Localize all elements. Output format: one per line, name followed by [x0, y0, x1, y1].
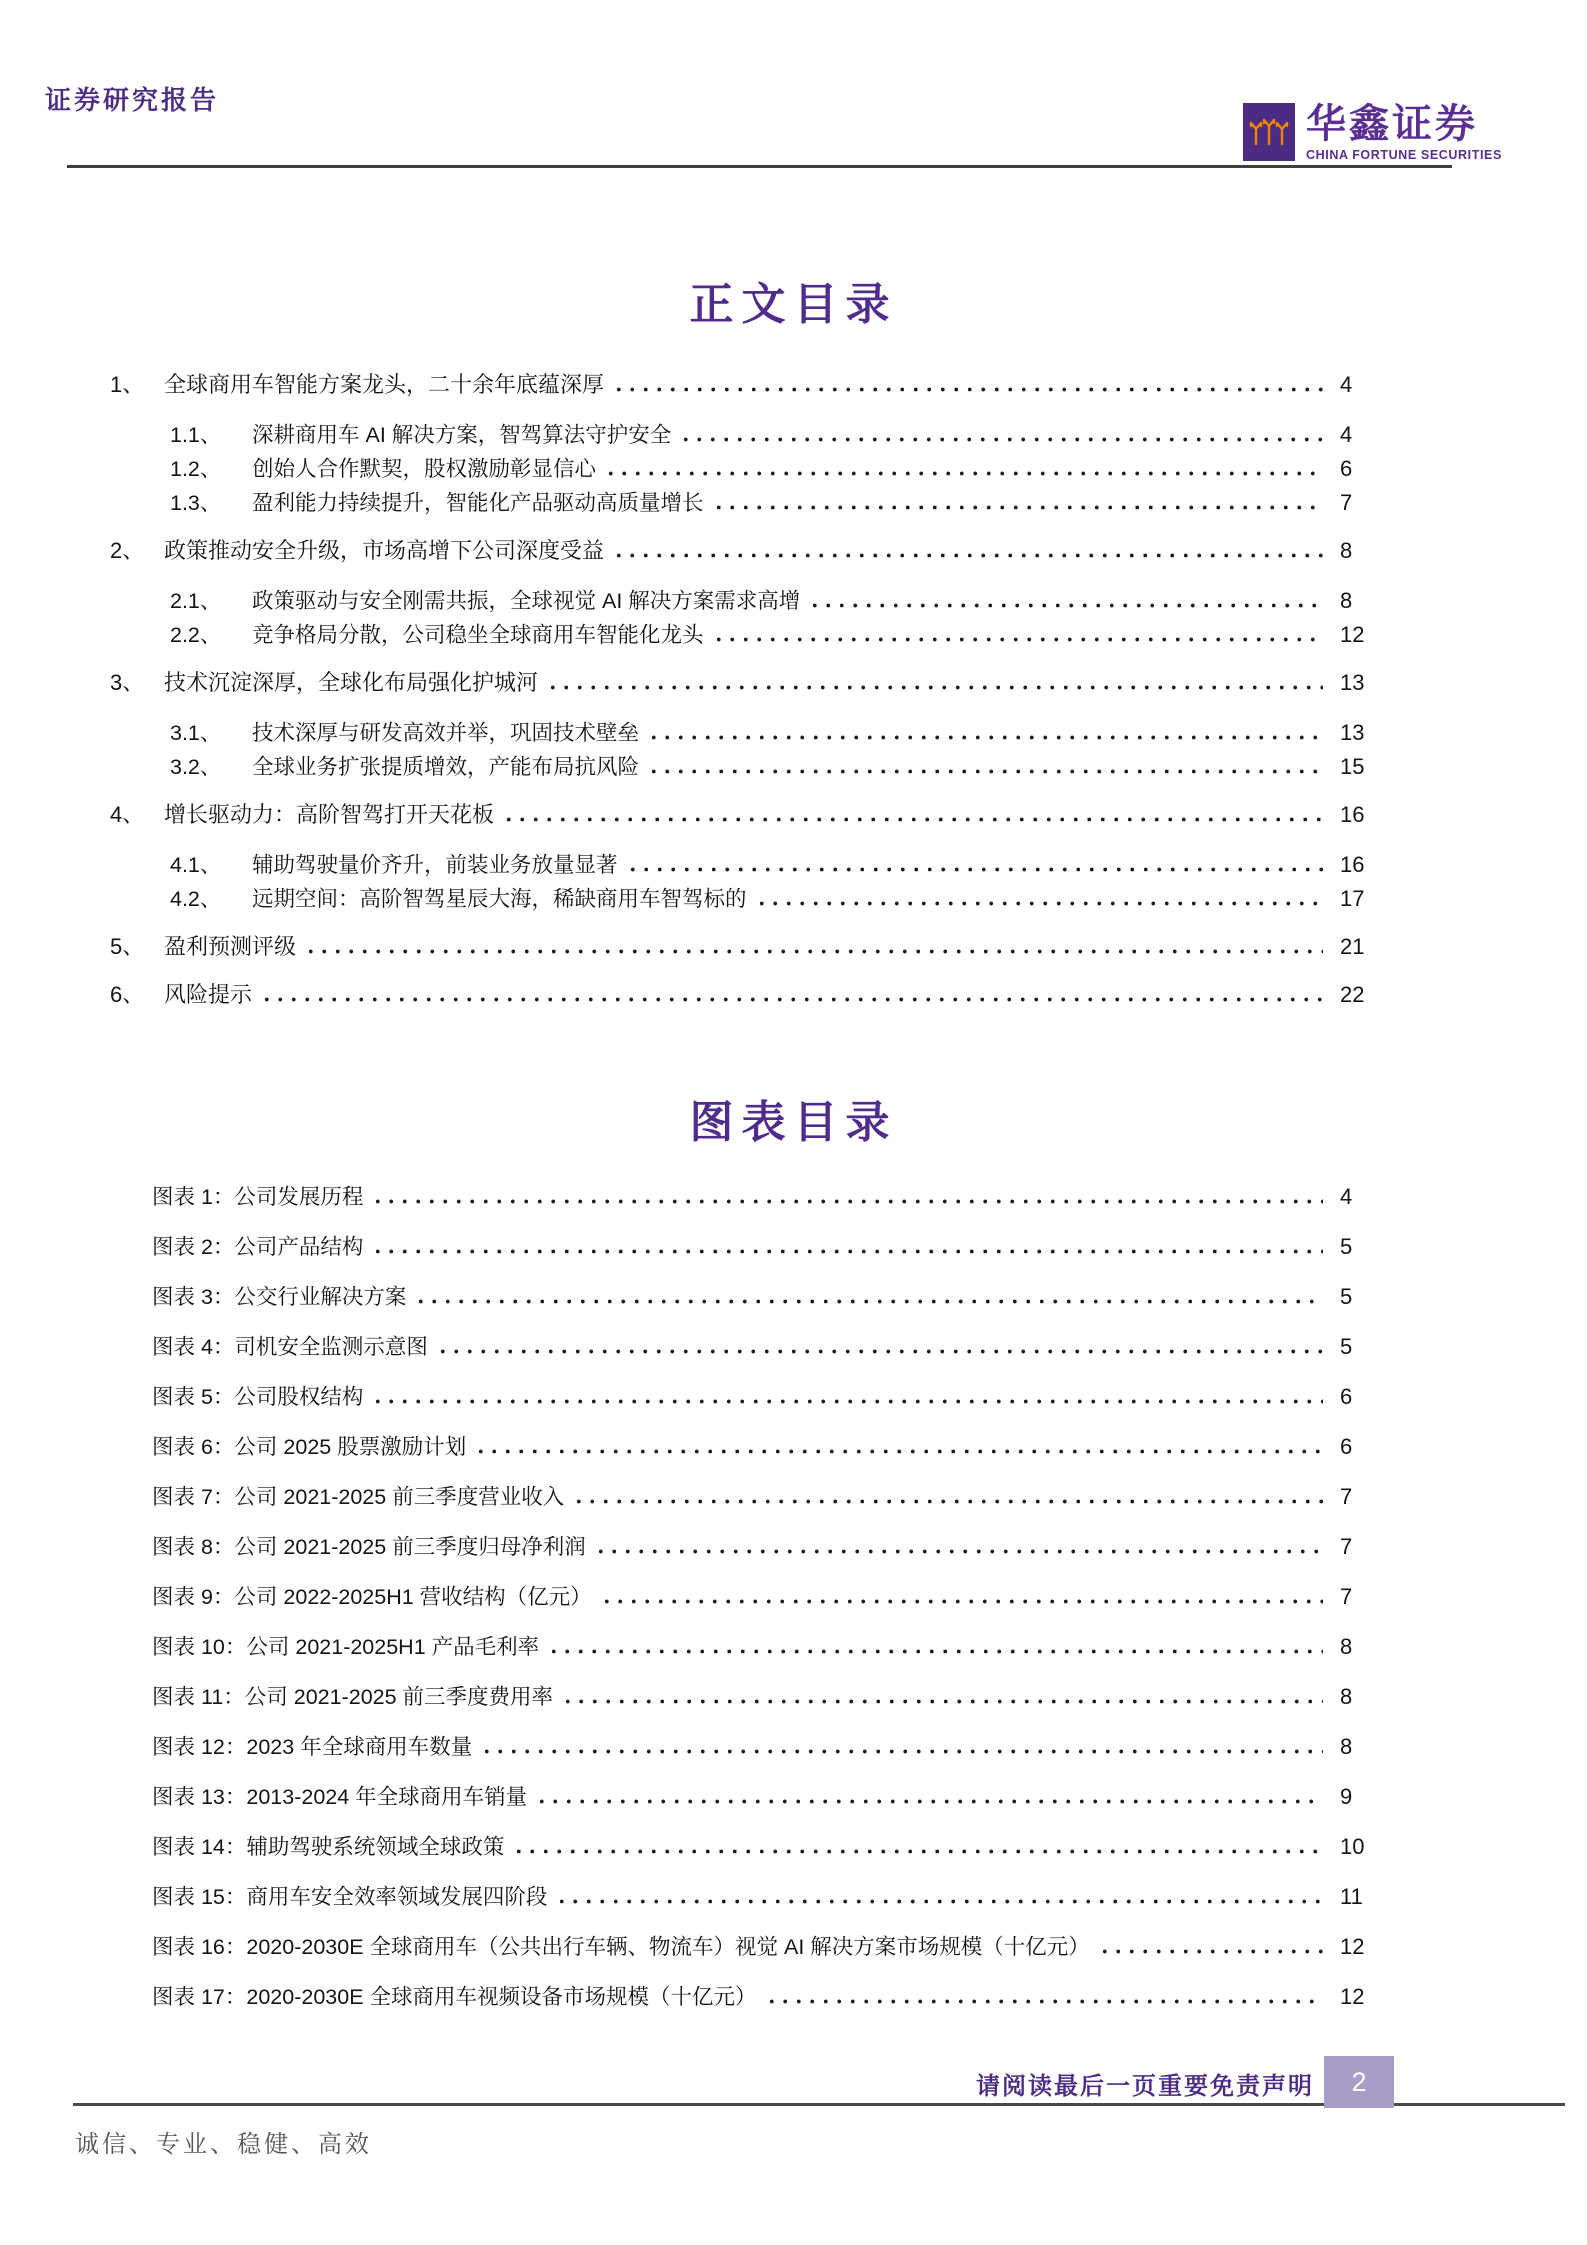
- toc-entry[interactable]: 3.1、 技术深厚与研发高效并举，巩固技术壁垒 13: [110, 718, 1390, 748]
- figure-entry-label: 图表 14：辅助驾驶系统领域全球政策: [152, 1832, 504, 1862]
- figure-entry-page: 6: [1327, 1432, 1390, 1462]
- toc-entry-number: 4.2、: [170, 884, 252, 914]
- figures-title: 图表目录: [0, 1086, 1587, 1150]
- dot-leader: [712, 488, 1323, 518]
- toc-entry[interactable]: 4.2、 远期空间：高阶智驾星辰大海，稀缺商用车智驾标的 17: [110, 884, 1390, 914]
- toc-entry-label: 创始人合作默契，股权激励彰显信心: [252, 454, 596, 484]
- figure-entry-label: 图表 15：商用车安全效率领域发展四阶段: [152, 1882, 547, 1912]
- toc-entry[interactable]: 4、 增长驱动力：高阶智驾打开天花板 16: [110, 800, 1390, 830]
- toc-entry-label: 政策推动安全升级，市场高增下公司深度受益: [164, 536, 604, 566]
- figure-entry[interactable]: 图表 1：公司发展历程 4: [152, 1182, 1390, 1212]
- dot-leader: [502, 800, 1323, 830]
- toc-entry[interactable]: 3、 技术沉淀深厚，全球化布局强化护城河 13: [110, 668, 1390, 698]
- toc-entry-number: 1.3、: [170, 488, 252, 518]
- figure-entry-page: 5: [1327, 1232, 1390, 1262]
- header-rule: [67, 165, 1452, 168]
- toc-entry-label: 竞争格局分散，公司稳坐全球商用车智能化龙头: [252, 620, 704, 650]
- dot-leader: [474, 1432, 1323, 1462]
- figure-entry[interactable]: 图表 11：公司 2021-2025 前三季度费用率 8: [152, 1682, 1390, 1712]
- toc-entry-page: 21: [1327, 932, 1390, 962]
- dot-leader: [414, 1282, 1323, 1312]
- dot-leader: [371, 1382, 1323, 1412]
- dot-leader: [626, 850, 1323, 880]
- toc-entry[interactable]: 4.1、 辅助驾驶量价齐升，前装业务放量显著 16: [110, 850, 1390, 880]
- figure-entry[interactable]: 图表 16：2020-2030E 全球商用车（公共出行车辆、物流车）视觉 AI …: [152, 1932, 1390, 1962]
- toc-entry-label: 风险提示: [164, 980, 252, 1010]
- toc-entry-page: 8: [1327, 536, 1390, 566]
- dot-leader: [647, 718, 1323, 748]
- page-number-badge: 2: [1324, 2056, 1394, 2108]
- dot-leader: [1098, 1932, 1323, 1962]
- toc-entry[interactable]: 2.2、 竞争格局分散，公司稳坐全球商用车智能化龙头 12: [110, 620, 1390, 650]
- dot-leader: [371, 1182, 1323, 1212]
- figure-entry[interactable]: 图表 14：辅助驾驶系统领域全球政策 10: [152, 1832, 1390, 1862]
- dot-leader: [546, 668, 1323, 698]
- figure-entry-page: 4: [1327, 1182, 1390, 1212]
- toc-entry-page: 12: [1327, 620, 1390, 650]
- figure-entry[interactable]: 图表 9：公司 2022-2025H1 营收结构（亿元） 7: [152, 1582, 1390, 1612]
- toc-entry-page: 8: [1327, 586, 1390, 616]
- figure-entry-page: 12: [1327, 1932, 1390, 1962]
- figure-entry[interactable]: 图表 4：司机安全监测示意图 5: [152, 1332, 1390, 1362]
- figure-entry[interactable]: 图表 8：公司 2021-2025 前三季度归母净利润 7: [152, 1532, 1390, 1562]
- toc-entry-page: 15: [1327, 752, 1390, 782]
- dot-leader: [679, 420, 1323, 450]
- figure-entry-page: 5: [1327, 1332, 1390, 1362]
- brand-name-cn: 华鑫证券: [1306, 103, 1502, 145]
- figures-list: 图表 1：公司发展历程 4 图表 2：公司产品结构 5 图表 3：公交行业解决方…: [152, 1162, 1390, 2012]
- report-type-label: 证券研究报告: [45, 80, 219, 117]
- toc-entry-label: 远期空间：高阶智驾星辰大海，稀缺商用车智驾标的: [252, 884, 747, 914]
- toc-entry-label: 增长驱动力：高阶智驾打开天花板: [164, 800, 494, 830]
- figure-entry-label: 图表 7：公司 2021-2025 前三季度营业收入: [152, 1482, 564, 1512]
- toc-entry-number: 3.1、: [170, 718, 252, 748]
- figure-entry[interactable]: 图表 15：商用车安全效率领域发展四阶段 11: [152, 1882, 1390, 1912]
- toc-entry-label: 全球业务扩张提质增效，产能布局抗风险: [252, 752, 639, 782]
- toc-entry[interactable]: 1.3、 盈利能力持续提升，智能化产品驱动高质量增长 7: [110, 488, 1390, 518]
- brand-text: 华鑫证券 CHINA FORTUNE SECURITIES: [1306, 103, 1502, 162]
- toc-entry-label: 深耕商用车 AI 解决方案，智驾算法守护安全: [252, 420, 671, 450]
- dot-leader: [480, 1732, 1323, 1762]
- report-page: 证券研究报告 华鑫证券 CHINA FORTUNE SECURITIES 正文目…: [0, 0, 1587, 2245]
- toc-entry[interactable]: 5、 盈利预测评级 21: [110, 932, 1390, 962]
- dot-leader: [604, 454, 1323, 484]
- figure-entry-page: 11: [1327, 1882, 1390, 1912]
- figure-entry-label: 图表 11：公司 2021-2025 前三季度费用率: [152, 1682, 553, 1712]
- dot-leader: [712, 620, 1323, 650]
- disclaimer-text: 请阅读最后一页重要免责声明: [0, 2066, 1314, 2101]
- figure-entry-page: 8: [1327, 1632, 1390, 1662]
- toc-entry-label: 盈利能力持续提升，智能化产品驱动高质量增长: [252, 488, 704, 518]
- figure-entry-label: 图表 3：公交行业解决方案: [152, 1282, 406, 1312]
- toc-entry-label: 辅助驾驶量价齐升，前装业务放量显著: [252, 850, 618, 880]
- toc-entry-number: 1.2、: [170, 454, 252, 484]
- toc-entry-number: 6、: [110, 980, 164, 1010]
- figure-entry-label: 图表 1：公司发展历程: [152, 1182, 363, 1212]
- toc-entry[interactable]: 2.1、 政策驱动与安全刚需共振，全球视觉 AI 解决方案需求高增 8: [110, 586, 1390, 616]
- dot-leader: [436, 1332, 1323, 1362]
- figure-entry[interactable]: 图表 5：公司股权结构 6: [152, 1382, 1390, 1412]
- figure-entry[interactable]: 图表 12：2023 年全球商用车数量 8: [152, 1732, 1390, 1762]
- dot-leader: [304, 932, 1323, 962]
- toc-entry[interactable]: 2、 政策推动安全升级，市场高增下公司深度受益 8: [110, 536, 1390, 566]
- dot-leader: [371, 1232, 1323, 1262]
- figure-entry-label: 图表 5：公司股权结构: [152, 1382, 363, 1412]
- figure-entry[interactable]: 图表 3：公交行业解决方案 5: [152, 1282, 1390, 1312]
- toc-entry-number: 3、: [110, 668, 164, 698]
- figure-entry-label: 图表 4：司机安全监测示意图: [152, 1332, 428, 1362]
- dot-leader: [808, 586, 1323, 616]
- toc-entry-page: 16: [1327, 800, 1390, 830]
- slogan-text: 诚信、专业、稳健、高效: [75, 2124, 372, 2159]
- toc-entry-page: 4: [1327, 420, 1390, 450]
- figure-entry-page: 10: [1327, 1832, 1390, 1862]
- figure-entry-page: 7: [1327, 1582, 1390, 1612]
- dot-leader: [594, 1532, 1323, 1562]
- toc-entry-label: 全球商用车智能方案龙头，二十余年底蕴深厚: [164, 370, 604, 400]
- toc-entry-number: 1.1、: [170, 420, 252, 450]
- dot-leader: [755, 884, 1323, 914]
- brand-name-en: CHINA FORTUNE SECURITIES: [1306, 148, 1502, 162]
- toc-entry[interactable]: 1.2、 创始人合作默契，股权激励彰显信心 6: [110, 454, 1390, 484]
- toc-entry-number: 3.2、: [170, 752, 252, 782]
- dot-leader: [512, 1832, 1323, 1862]
- fortune-logo-icon: [1243, 103, 1295, 161]
- toc-entry-page: 6: [1327, 454, 1390, 484]
- figure-entry[interactable]: 图表 17：2020-2030E 全球商用车视频设备市场规模（十亿元） 12: [152, 1982, 1390, 2012]
- toc-entry-label: 技术沉淀深厚，全球化布局强化护城河: [164, 668, 538, 698]
- toc-entry-number: 2.2、: [170, 620, 252, 650]
- toc-entry[interactable]: 6、 风险提示 22: [110, 980, 1390, 1010]
- dot-leader: [647, 752, 1323, 782]
- toc-entry-number: 2.1、: [170, 586, 252, 616]
- figure-entry-label: 图表 8：公司 2021-2025 前三季度归母净利润: [152, 1532, 586, 1562]
- dot-leader: [765, 1982, 1323, 2012]
- figure-entry-label: 图表 17：2020-2030E 全球商用车视频设备市场规模（十亿元）: [152, 1982, 757, 2012]
- dot-leader: [547, 1632, 1323, 1662]
- figure-entry[interactable]: 图表 7：公司 2021-2025 前三季度营业收入 7: [152, 1482, 1390, 1512]
- dot-leader: [572, 1482, 1323, 1512]
- toc-entry-number: 5、: [110, 932, 164, 962]
- fortune-figures-icon: [1249, 117, 1289, 147]
- brand-logo: 华鑫证券 CHINA FORTUNE SECURITIES: [1243, 103, 1502, 162]
- figure-entry-page: 6: [1327, 1382, 1390, 1412]
- toc-entry-page: 4: [1327, 370, 1390, 400]
- figure-entry[interactable]: 图表 13：2013-2024 年全球商用车销量 9: [152, 1782, 1390, 1812]
- dot-leader: [612, 370, 1323, 400]
- figure-entry-label: 图表 2：公司产品结构: [152, 1232, 363, 1262]
- toc-entry-page: 22: [1327, 980, 1390, 1010]
- dot-leader: [260, 980, 1323, 1010]
- figure-entry-page: 8: [1327, 1732, 1390, 1762]
- dot-leader: [555, 1882, 1323, 1912]
- toc-entry-page: 7: [1327, 488, 1390, 518]
- figure-entry-label: 图表 6：公司 2025 股票激励计划: [152, 1432, 466, 1462]
- figure-entry-page: 8: [1327, 1682, 1390, 1712]
- toc-entry[interactable]: 1.1、 深耕商用车 AI 解决方案，智驾算法守护安全 4: [110, 420, 1390, 450]
- toc-entry-label: 盈利预测评级: [164, 932, 296, 962]
- figure-entry-label: 图表 13：2013-2024 年全球商用车销量: [152, 1782, 527, 1812]
- toc-entry[interactable]: 1、 全球商用车智能方案龙头，二十余年底蕴深厚 4: [110, 370, 1390, 400]
- figure-entry-page: 5: [1327, 1282, 1390, 1312]
- toc-entry-number: 4.1、: [170, 850, 252, 880]
- toc-entry-number: 4、: [110, 800, 164, 830]
- toc-entry-page: 16: [1327, 850, 1390, 880]
- figure-entry-page: 12: [1327, 1982, 1390, 2012]
- figure-entry-label: 图表 16：2020-2030E 全球商用车（公共出行车辆、物流车）视觉 AI …: [152, 1932, 1090, 1962]
- figure-entry-label: 图表 9：公司 2022-2025H1 营收结构（亿元）: [152, 1582, 592, 1612]
- dot-leader: [561, 1682, 1323, 1712]
- figure-entry-label: 图表 12：2023 年全球商用车数量: [152, 1732, 472, 1762]
- toc-entry-number: 2、: [110, 536, 164, 566]
- figure-entry-page: 7: [1327, 1532, 1390, 1562]
- toc-entry-page: 17: [1327, 884, 1390, 914]
- dot-leader: [535, 1782, 1323, 1812]
- toc-entry-page: 13: [1327, 718, 1390, 748]
- dot-leader: [612, 536, 1323, 566]
- figure-entry[interactable]: 图表 2：公司产品结构 5: [152, 1232, 1390, 1262]
- toc-entry-number: 1、: [110, 370, 164, 400]
- toc-title: 正文目录: [0, 268, 1587, 332]
- figure-entry-page: 7: [1327, 1482, 1390, 1512]
- toc-entry-label: 技术深厚与研发高效并举，巩固技术壁垒: [252, 718, 639, 748]
- figure-entry[interactable]: 图表 6：公司 2025 股票激励计划 6: [152, 1432, 1390, 1462]
- toc-entry-page: 13: [1327, 668, 1390, 698]
- dot-leader: [600, 1582, 1323, 1612]
- figure-entry-label: 图表 10：公司 2021-2025H1 产品毛利率: [152, 1632, 539, 1662]
- toc-list: 1、 全球商用车智能方案龙头，二十余年底蕴深厚 4 1.1、 深耕商用车 AI …: [110, 352, 1390, 1010]
- figure-entry-page: 9: [1327, 1782, 1390, 1812]
- toc-entry[interactable]: 3.2、 全球业务扩张提质增效，产能布局抗风险 15: [110, 752, 1390, 782]
- toc-entry-label: 政策驱动与安全刚需共振，全球视觉 AI 解决方案需求高增: [252, 586, 800, 616]
- figure-entry[interactable]: 图表 10：公司 2021-2025H1 产品毛利率 8: [152, 1632, 1390, 1662]
